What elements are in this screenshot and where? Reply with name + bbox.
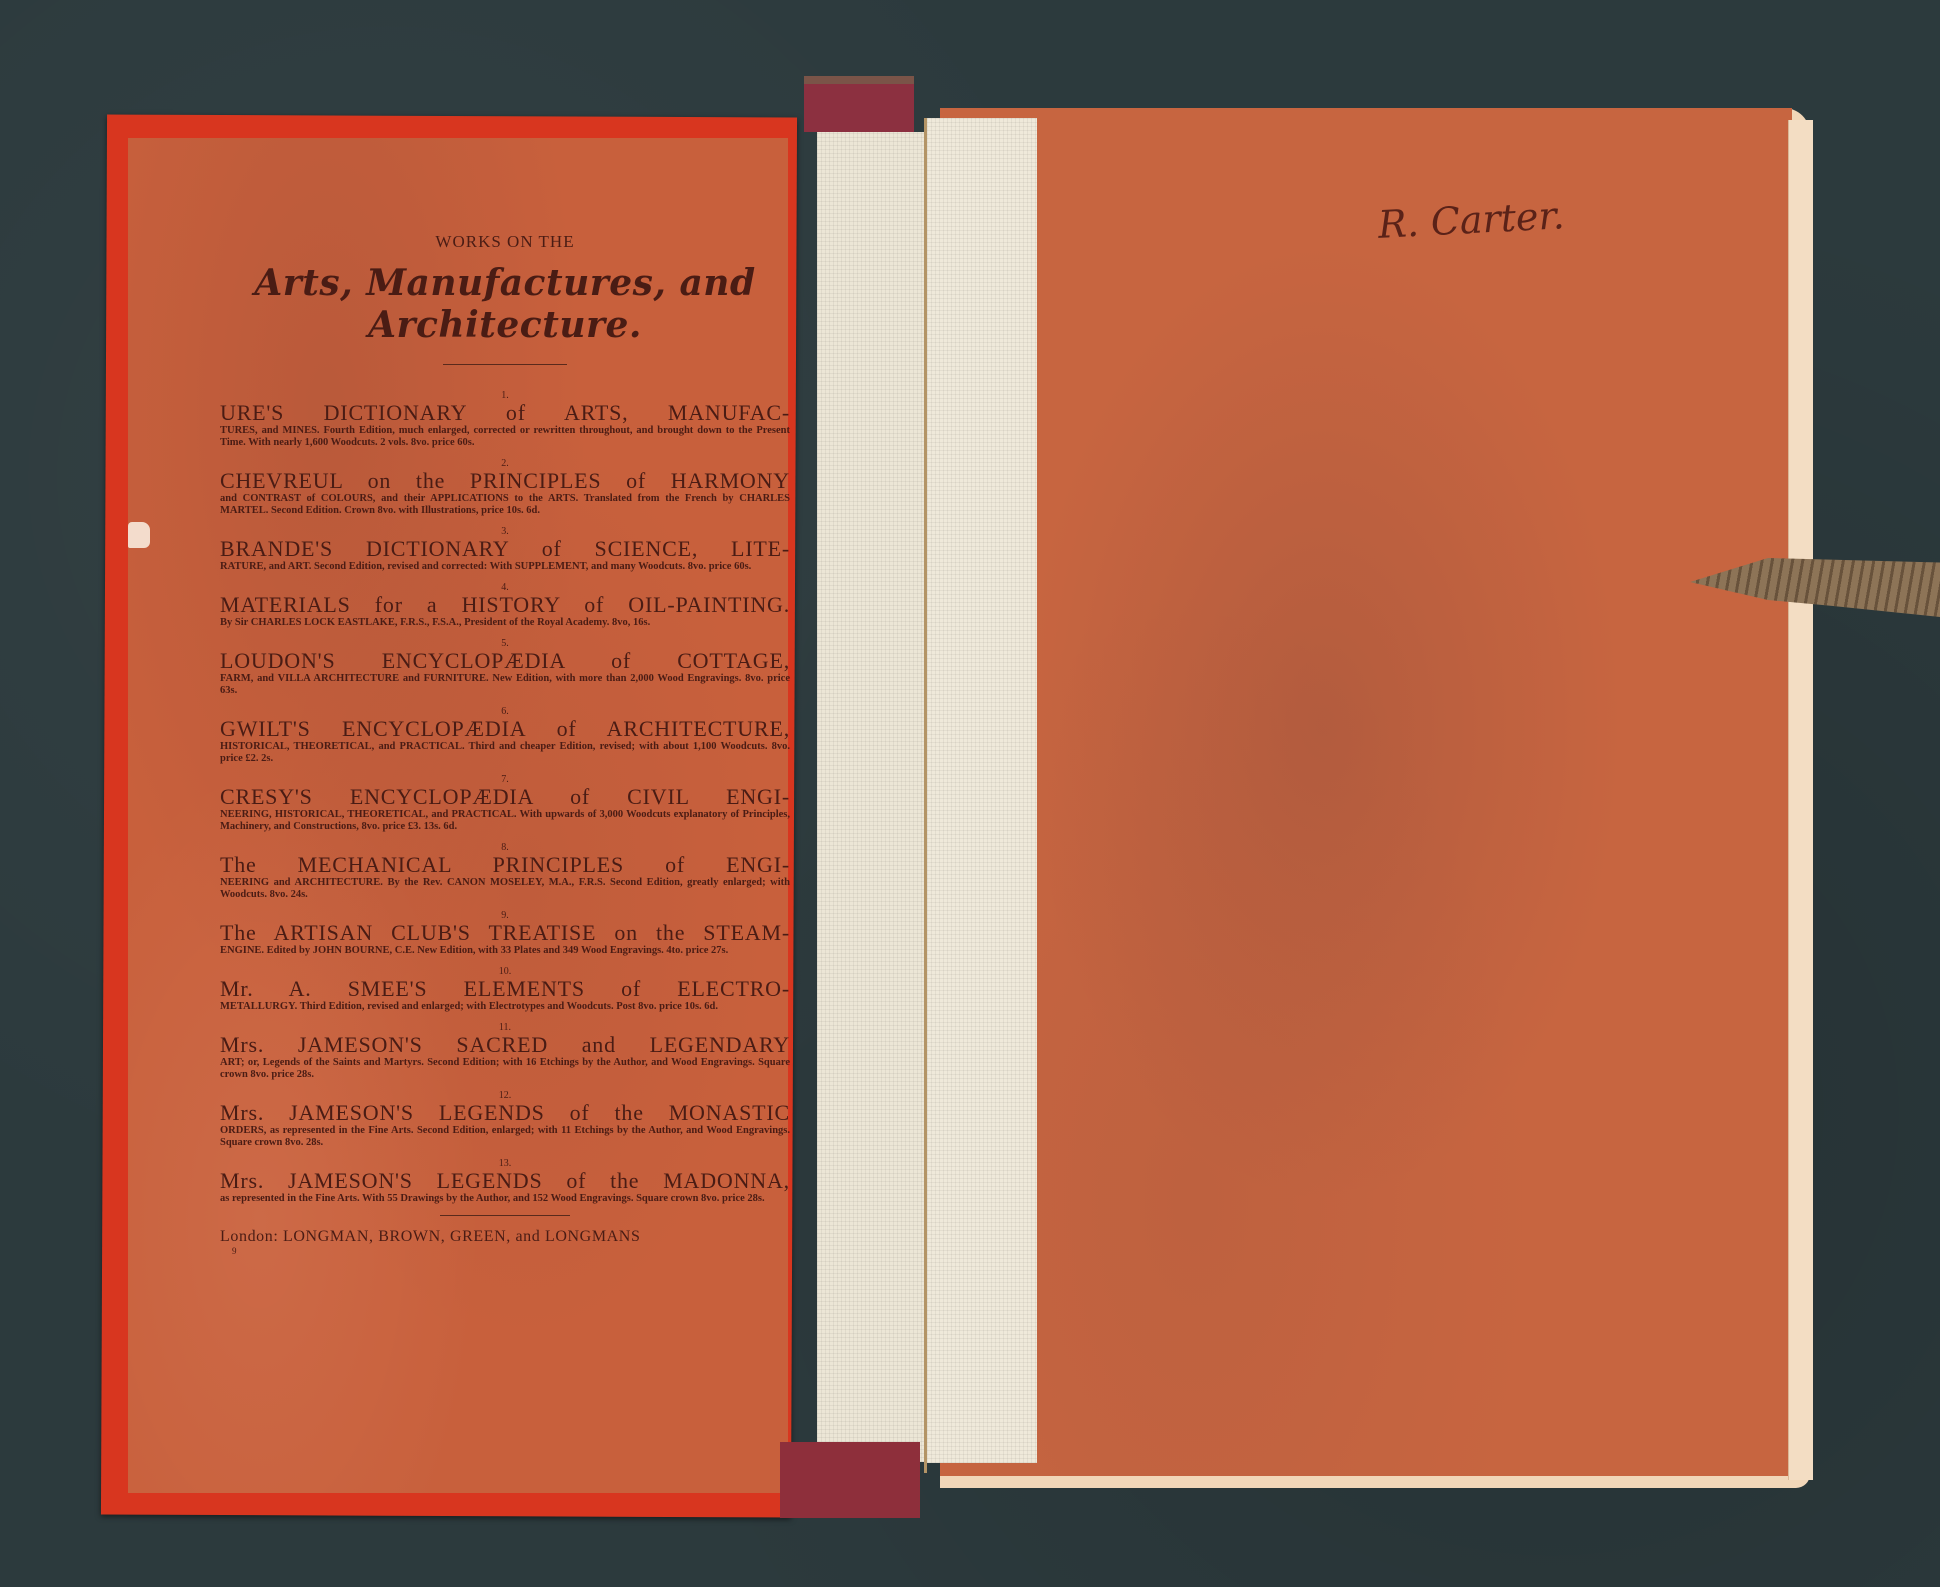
entry-description: FARM, and VILLA ARCHITECTURE and FURNITU…	[220, 673, 790, 697]
advert-entry: 2.CHEVREUL on the PRINCIPLES of HARMONYa…	[220, 459, 790, 517]
divider	[443, 364, 567, 365]
publisher-imprint: London: LONGMAN, BROWN, GREEN, and LONGM…	[220, 1228, 790, 1246]
entry-heading: URE'S DICTIONARY of ARTS, MANUFAC-	[220, 401, 790, 425]
entry-heading: GWILT'S ENCYCLOPÆDIA of ARCHITECTURE,	[220, 717, 790, 741]
entry-heading: MATERIALS for a HISTORY of OIL-PAINTING.	[220, 593, 790, 617]
advert-entry: 11.Mrs. JAMESON'S SACRED and LEGENDARYAR…	[220, 1023, 790, 1081]
entry-heading: The MECHANICAL PRINCIPLES of ENGI-	[220, 853, 790, 877]
hinge-cloth-left	[817, 132, 927, 1462]
entry-description: TURES, and MINES. Fourth Edition, much e…	[220, 425, 790, 449]
paper-tear	[128, 522, 150, 548]
spine-cloth-tab-bottom	[780, 1442, 920, 1518]
advert-entry: 8.The MECHANICAL PRINCIPLES of ENGI-NEER…	[220, 843, 790, 901]
entry-description: ENGINE. Edited by JOHN BOURNE, C.E. New …	[220, 945, 790, 957]
advert-entry: 9.The ARTISAN CLUB'S TREATISE on the STE…	[220, 911, 790, 957]
entry-description: NEERING and ARCHITECTURE. By the Rev. CA…	[220, 877, 790, 901]
signature-mark: 9	[232, 1246, 790, 1256]
divider	[440, 1215, 570, 1216]
entry-description: ART; or, Legends of the Saints and Marty…	[220, 1057, 790, 1081]
gutter-stitching	[924, 118, 927, 1473]
entry-description: METALLURGY. Third Edition, revised and e…	[220, 1001, 790, 1013]
advert-kicker: WORKS ON THE	[220, 232, 790, 252]
advert-entry: 13.Mrs. JAMESON'S LEGENDS of the MADONNA…	[220, 1159, 790, 1205]
entry-heading: LOUDON'S ENCYCLOPÆDIA of COTTAGE,	[220, 649, 790, 673]
spine-cloth-tab-top	[804, 84, 914, 132]
entry-heading: CHEVREUL on the PRINCIPLES of HARMONY	[220, 469, 790, 493]
advert-entry: 1.URE'S DICTIONARY of ARTS, MANUFAC-TURE…	[220, 391, 790, 449]
advert-entry: 12.Mrs. JAMESON'S LEGENDS of the MONASTI…	[220, 1091, 790, 1149]
publisher-advertisement: WORKS ON THE Arts, Manufactures, and Arc…	[220, 232, 790, 1256]
advert-title: Arts, Manufactures, and Architecture.	[220, 262, 790, 346]
advert-entry-list: 1.URE'S DICTIONARY of ARTS, MANUFAC-TURE…	[220, 391, 790, 1205]
entry-description: HISTORICAL, THEORETICAL, and PRACTICAL. …	[220, 741, 790, 765]
advert-entry: 4.MATERIALS for a HISTORY of OIL-PAINTIN…	[220, 583, 790, 629]
entry-heading: CRESY'S ENCYCLOPÆDIA of CIVIL ENGI-	[220, 785, 790, 809]
entry-description: as represented in the Fine Arts. With 55…	[220, 1193, 790, 1205]
entry-heading: Mrs. JAMESON'S SACRED and LEGENDARY	[220, 1033, 790, 1057]
entry-description: and CONTRAST of COLOURS, and their APPLI…	[220, 493, 790, 517]
entry-heading: Mr. A. SMEE'S ELEMENTS of ELECTRO-	[220, 977, 790, 1001]
advert-entry: 10.Mr. A. SMEE'S ELEMENTS of ELECTRO-MET…	[220, 967, 790, 1013]
entry-description: By Sir CHARLES LOCK EASTLAKE, F.R.S., F.…	[220, 617, 790, 629]
entry-description: NEERING, HISTORICAL, THEORETICAL, and PR…	[220, 809, 790, 833]
entry-heading: BRANDE'S DICTIONARY of SCIENCE, LITE-	[220, 537, 790, 561]
entry-heading: Mrs. JAMESON'S LEGENDS of the MADONNA,	[220, 1169, 790, 1193]
free-endpaper[interactable]	[940, 108, 1792, 1476]
hinge-cloth-right	[927, 118, 1037, 1463]
page-edges	[1788, 120, 1813, 1480]
advert-entry: 7.CRESY'S ENCYCLOPÆDIA of CIVIL ENGI-NEE…	[220, 775, 790, 833]
entry-heading: The ARTISAN CLUB'S TREATISE on the STEAM…	[220, 921, 790, 945]
entry-description: RATURE, and ART. Second Edition, revised…	[220, 561, 790, 573]
advert-entry: 3.BRANDE'S DICTIONARY of SCIENCE, LITE-R…	[220, 527, 790, 573]
advert-entry: 5.LOUDON'S ENCYCLOPÆDIA of COTTAGE,FARM,…	[220, 639, 790, 697]
entry-description: ORDERS, as represented in the Fine Arts.…	[220, 1125, 790, 1149]
advert-entry: 6.GWILT'S ENCYCLOPÆDIA of ARCHITECTURE,H…	[220, 707, 790, 765]
entry-heading: Mrs. JAMESON'S LEGENDS of the MONASTIC	[220, 1101, 790, 1125]
